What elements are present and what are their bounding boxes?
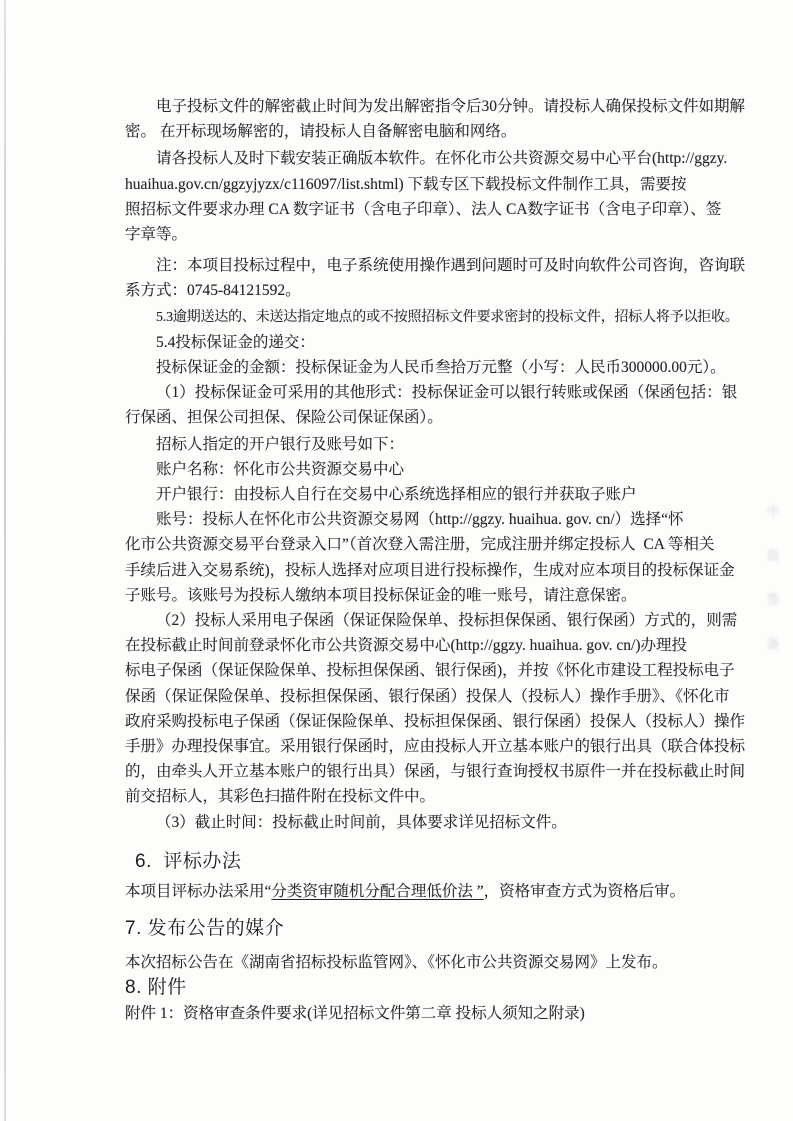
scan-edge-artifact [4, 0, 6, 1121]
text-line: 注：本项目投标过程中，电子系统使用操作遇到问题时可及时向软件公司咨询，咨询联 [125, 253, 719, 278]
text-line: 子账号。该账号为投标人缴纳本项目投标保证金的唯一账号，请注意保密。 [125, 583, 719, 608]
bleed-through-marks: 中资签备 [766, 501, 780, 652]
text-line: huaihua.gov.cn/ggzyjyzx/c116097/list.sht… [125, 172, 719, 197]
text-line: （3）截止时间：投标截止时间前，具体要求详见招标文件。 [125, 810, 719, 835]
text-line: 电子投标文件的解密截止时间为发出解密指令后30分钟。请投标人确保投标文件如期解 [125, 94, 719, 119]
text-line: （2）投标人采用电子保函（保证保险保单、投标担保保函、银行保函）方式的，则需 [125, 608, 719, 633]
text-line: 本次招标公告在《湖南省招标投标监管网》、《怀化市公共资源交易网》上发布。 [125, 950, 719, 975]
document-body: 电子投标文件的解密截止时间为发出解密指令后30分钟。请投标人确保投标文件如期解密… [125, 94, 719, 1027]
text-line: 化市公共资源交易平台登录入口”（首次登入需注册，完成注册并绑定投标人 CA 等相… [125, 532, 719, 557]
text-line: 5.4投标保证金的递交： [125, 330, 719, 355]
text-line: 字章等。 [125, 222, 719, 247]
text-line: 账号：投标人在怀化市公共资源交易网（http://ggzy. huaihua. … [125, 507, 719, 532]
eval-method-underlined: 分类资审随机分配合理低价法 ” [271, 883, 483, 900]
text-line: 保函（保证保险保单、投标担保保函、银行保函）投保人（投标人）操作手册》、《怀化市 [125, 684, 719, 709]
text-line: 政府采购投标电子保函（保证保险保单、投标担保保函、银行保函）投保人（投标人）操作 [125, 709, 719, 734]
text-line: （1）投标保证金可采用的其他形式：投标保证金可以银行转账或保函（保函包括：银 [125, 380, 719, 405]
text-line: 前交招标人，其彩色扫描件附在投标文件中。 [125, 784, 719, 809]
text-line: 手册》办理投保事宜。采用银行保函时，应由投标人开立基本账户的银行出具（联合体投标 [125, 734, 719, 759]
bleed-mark: 中 [766, 501, 780, 520]
text-line: 在投标截止时间前登录怀化市公共资源交易中心(http://ggzy. huaih… [125, 633, 719, 658]
text-line: 密。 在开标现场解密的，请投标人自备解密电脑和网络。 [125, 119, 719, 144]
text-line: 系方式：0745-84121592。 [125, 278, 719, 303]
text-line: 照招标文件要求办理 CA 数字证书（含电子印章）、法人 CA数字证书（含电子印章… [125, 197, 719, 222]
text-line: 5.3逾期送达的、未送达指定地点的或不按照招标文件要求密封的投标文件，招标人将予… [125, 305, 719, 330]
text-line: 账户名称：怀化市公共资源交易中心 [125, 457, 719, 482]
text-line: 标电子保函（保证保险保单、投标担保保函、银行保函)，并按《怀化市建设工程投标电子 [125, 658, 719, 683]
text-line: 开户银行：由投标人自行在交易中心系统选择相应的银行并获取子账户 [125, 482, 719, 507]
section-heading: 6. 评标办法 [125, 849, 719, 875]
section-heading: 7. 发布公告的媒介 [125, 916, 719, 942]
bleed-mark: 资 [766, 545, 780, 564]
scanned-document-page: 电子投标文件的解密截止时间为发出解密指令后30分钟。请投标人确保投标文件如期解密… [0, 0, 793, 1121]
text-line: 附件 1：资格审查条件要求(详见招标文件第二章 投标人须知之附录) [125, 1001, 719, 1026]
eval-line-prefix: 本项目评标办法采用“ [125, 883, 271, 900]
text-line: 招标人指定的开户银行及账号如下： [125, 432, 719, 457]
text-line: 请各投标人及时下载安装正确版本软件。在怀化市公共资源交易中心平台(http://… [125, 146, 719, 171]
eval-line-suffix: ，资格审查方式为资格后审。 [484, 883, 686, 900]
text-line: 的，由牵头人开立基本账户的银行出具）保函，与银行查询授权书原件一并在投标截止时间 [125, 759, 719, 784]
section-heading: 8. 附件 [125, 975, 719, 1001]
text-line: 行保函、担保公司担保、保险公司保证保函）。 [125, 405, 719, 430]
bleed-mark: 备 [766, 633, 780, 652]
bleed-mark: 签 [766, 589, 780, 608]
evaluation-method-line: 本项目评标办法采用“分类资审随机分配合理低价法 ”，资格审查方式为资格后审。 [125, 879, 719, 904]
text-line: 投标保证金的金额：投标保证金为人民币叁拾万元整（小写：人民币300000.00元… [125, 355, 719, 380]
text-line: 手续后进入交易系统)，投标人选择对应项目进行投标操作，生成对应本项目的投标保证金 [125, 558, 719, 583]
